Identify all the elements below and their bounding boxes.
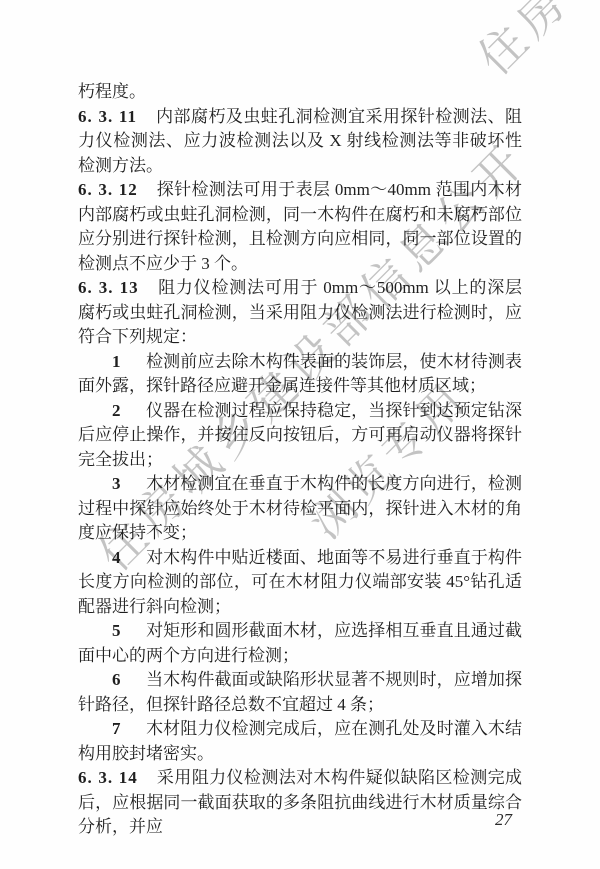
item-text: 仪器在检测过程应保持稳定，当探针到达预定钻深后应停止操作，并按住反向按钮后，方可… [78, 401, 522, 469]
clause-6-3-11: 6. 3. 11内部腐朽及虫蛀孔洞检测宜采用探针检测法、阻力仪检测法、应力波检测… [78, 105, 522, 179]
clause-text: 采用阻力仪检测法对木构件疑似缺陷区检测完成后，应根据同一截面获取的多条阻抗曲线进… [78, 768, 522, 836]
clause-text: 探针检测法可用于表层 0mm～40mm 范围内木材内部腐朽或虫蛀孔洞检测，同一木… [78, 180, 522, 273]
item-text: 对矩形和圆形截面木材，应选择相互垂直且通过截面中心的两个方向进行检测； [78, 621, 522, 665]
clause-text: 阻力仪检测法可用于 0mm～500mm 以上的深层腐朽或虫蛀孔洞检测，当采用阻力… [78, 278, 522, 346]
item-text: 木材阻力仪检测完成后，应在测孔处及时灌入木结构用胶封堵密实。 [78, 719, 522, 763]
page-number: 27 [495, 810, 512, 830]
clause-number: 6. 3. 12 [78, 180, 138, 199]
item-number: 1 [112, 352, 121, 371]
item-text: 检测前应去除木构件表面的装饰层，使木材待测表面外露，探针路径应避开金属连接件等其… [78, 352, 522, 396]
paragraph-text: 朽程度。 [78, 82, 146, 101]
list-item-3: 3木材检测宜在垂直于木构件的长度方向进行，检测过程中探针应始终处于木材待检平面内… [78, 472, 522, 546]
list-item-4: 4对木构件中贴近楼面、地面等不易进行垂直于构件长度方向检测的部位，可在木材阻力仪… [78, 546, 522, 620]
clause-number: 6. 3. 14 [78, 768, 138, 787]
list-item-7: 7木材阻力仪检测完成后，应在测孔处及时灌入木结构用胶封堵密实。 [78, 717, 522, 766]
watermark-text-corner-fragment: 住房城乡建设部信息公开 [461, 0, 600, 87]
item-number: 3 [112, 474, 121, 493]
item-number: 5 [112, 621, 121, 640]
clause-text: 内部腐朽及虫蛀孔洞检测宜采用探针检测法、阻力仪检测法、应力波检测法以及 X 射线… [78, 107, 522, 175]
text-column: 朽程度。 6. 3. 11内部腐朽及虫蛀孔洞检测宜采用探针检测法、阻力仪检测法、… [78, 80, 522, 840]
list-item-5: 5对矩形和圆形截面木材，应选择相互垂直且通过截面中心的两个方向进行检测； [78, 619, 522, 668]
clause-6-3-12: 6. 3. 12探针检测法可用于表层 0mm～40mm 范围内木材内部腐朽或虫蛀… [78, 178, 522, 276]
item-text: 木材检测宜在垂直于木构件的长度方向进行，检测过程中探针应始终处于木材待检平面内，… [78, 474, 522, 542]
list-item-2: 2仪器在检测过程应保持稳定，当探针到达预定钻深后应停止操作，并按住反向按钮后，方… [78, 399, 522, 473]
paragraph-continuation: 朽程度。 [78, 80, 522, 105]
list-item-1: 1检测前应去除木构件表面的装饰层，使木材待测表面外露，探针路径应避开金属连接件等… [78, 350, 522, 399]
item-number: 2 [112, 401, 121, 420]
document-page: 住房城乡建设部信息公开 浏览专用 住房城乡建设部信息公开 朽程度。 6. 3. … [0, 0, 600, 869]
item-number: 7 [112, 719, 121, 738]
item-text: 当木构件截面或缺陷形状显著不规则时，应增加探针路径，但探针路径总数不宜超过 4 … [78, 670, 522, 714]
clause-6-3-14: 6. 3. 14采用阻力仪检测法对木构件疑似缺陷区检测完成后，应根据同一截面获取… [78, 766, 522, 840]
clause-number: 6. 3. 11 [78, 107, 137, 126]
clause-6-3-13: 6. 3. 13阻力仪检测法可用于 0mm～500mm 以上的深层腐朽或虫蛀孔洞… [78, 276, 522, 350]
item-number: 4 [112, 548, 121, 567]
list-item-6: 6当木构件截面或缺陷形状显著不规则时，应增加探针路径，但探针路径总数不宜超过 4… [78, 668, 522, 717]
clause-number: 6. 3. 13 [78, 278, 139, 297]
item-text: 对木构件中贴近楼面、地面等不易进行垂直于构件长度方向检测的部位，可在木材阻力仪端… [78, 548, 522, 616]
item-number: 6 [112, 670, 121, 689]
